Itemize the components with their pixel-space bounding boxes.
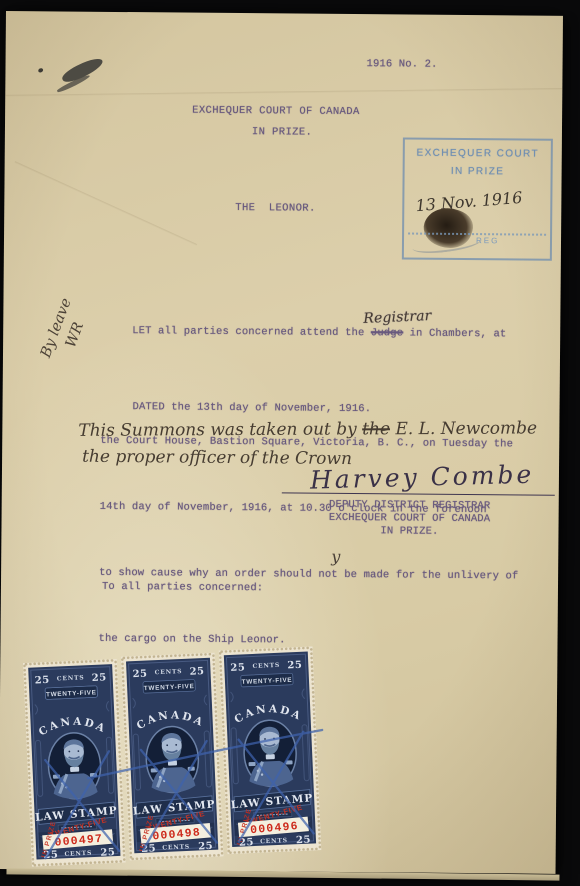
received-stamp-reg-label: REG (476, 236, 499, 245)
stamp-denom-bottom-left: 25 (141, 843, 156, 855)
stamp-denom-bottom-right: 25 (100, 847, 115, 859)
paper-sheet: 1916 No. 2. EXCHEQUER COURT OF CANADA IN… (0, 11, 563, 874)
handwritten-note-line1: This Summons was taken out by the E. L. … (78, 418, 537, 440)
body-line-1: LET all parties concerned attend the Jud… (101, 320, 521, 390)
stamp-cents-bottom: CENTS (162, 843, 190, 851)
case-title: THE LEONOR. (235, 202, 316, 215)
body-line1-pre: LET all parties concerned attend the (132, 325, 371, 339)
law-stamp-1: 25 CENTS 25 TWENTY-FIVE CANADA (23, 659, 126, 867)
stamp-cents-bottom: CENTS (64, 850, 92, 858)
note-pre: This Summons was taken out by (78, 419, 362, 440)
body-line1-post: in Chambers, at (403, 327, 506, 340)
stray-pen-mark: y (331, 547, 340, 566)
stamp-denom-top-left: 25 (35, 675, 50, 687)
stamp-cents-top: CENTS (252, 662, 280, 670)
salutation: To all parties concerned: (102, 581, 263, 594)
stamp-denom-bottom-right: 25 (296, 835, 311, 847)
received-stamp-date: 13 Nov. 1916 (415, 188, 523, 215)
registrar-title-line2: EXCHEQUER COURT OF CANADA (324, 512, 496, 527)
case-number: 1916 No. 2. (366, 58, 437, 71)
dated-line: DATED the 13th day of November, 1916. (132, 401, 371, 415)
stamp-denom-bottom-left: 25 (239, 837, 254, 849)
ink-blot (60, 55, 105, 86)
registrar-signature: Harvey Combe (310, 460, 535, 495)
law-stamp-strip: 25 CENTS 25 TWENTY-FIVE CANADA (23, 650, 324, 875)
received-stamp-line2: IN PRIZE (405, 165, 551, 177)
registrar-title-line3: IN PRIZE. (323, 525, 495, 540)
stamp-denom-bottom-left: 25 (43, 850, 58, 862)
document-photo: 1916 No. 2. EXCHEQUER COURT OF CANADA IN… (0, 0, 580, 886)
law-stamp-2: 25 CENTS 25 TWENTY-FIVE CANADA (121, 653, 224, 861)
received-stamp-line1: EXCHEQUER COURT (405, 147, 551, 159)
note-name: E. L. Newcombe (390, 418, 537, 439)
stamp-cents-top: CENTS (57, 674, 85, 682)
court-division: IN PRIZE. (252, 126, 312, 139)
law-stamp-3: 25 CENTS 25 TWENTY-FIVE CANADA (219, 646, 322, 854)
stamp-denom-top-left: 25 (230, 662, 245, 674)
registrar-title-block: DEPUTY DISTRICT REGISTRAR EXCHEQUER COUR… (323, 499, 495, 539)
inserted-word-registrar: Registrar (363, 305, 432, 330)
stamp-cents-top: CENTS (155, 668, 183, 676)
stamp-denom-top-right: 25 (287, 660, 302, 672)
stamp-denom-top-right: 25 (189, 666, 204, 678)
stamp-denom-top-left: 25 (132, 669, 147, 681)
court-name: EXCHEQUER COURT OF CANADA (192, 105, 360, 118)
received-stamp-box: EXCHEQUER COURT IN PRIZE 13 Nov. 1916 RE… (402, 137, 553, 260)
stamp-denom-bottom-right: 25 (198, 841, 213, 853)
paper-crease (5, 88, 562, 97)
note-struck-the: the (362, 419, 390, 439)
stamp-cents-bottom: CENTS (260, 837, 288, 845)
stamp-denom-top-right: 25 (92, 672, 107, 684)
paper-crease (14, 161, 197, 246)
